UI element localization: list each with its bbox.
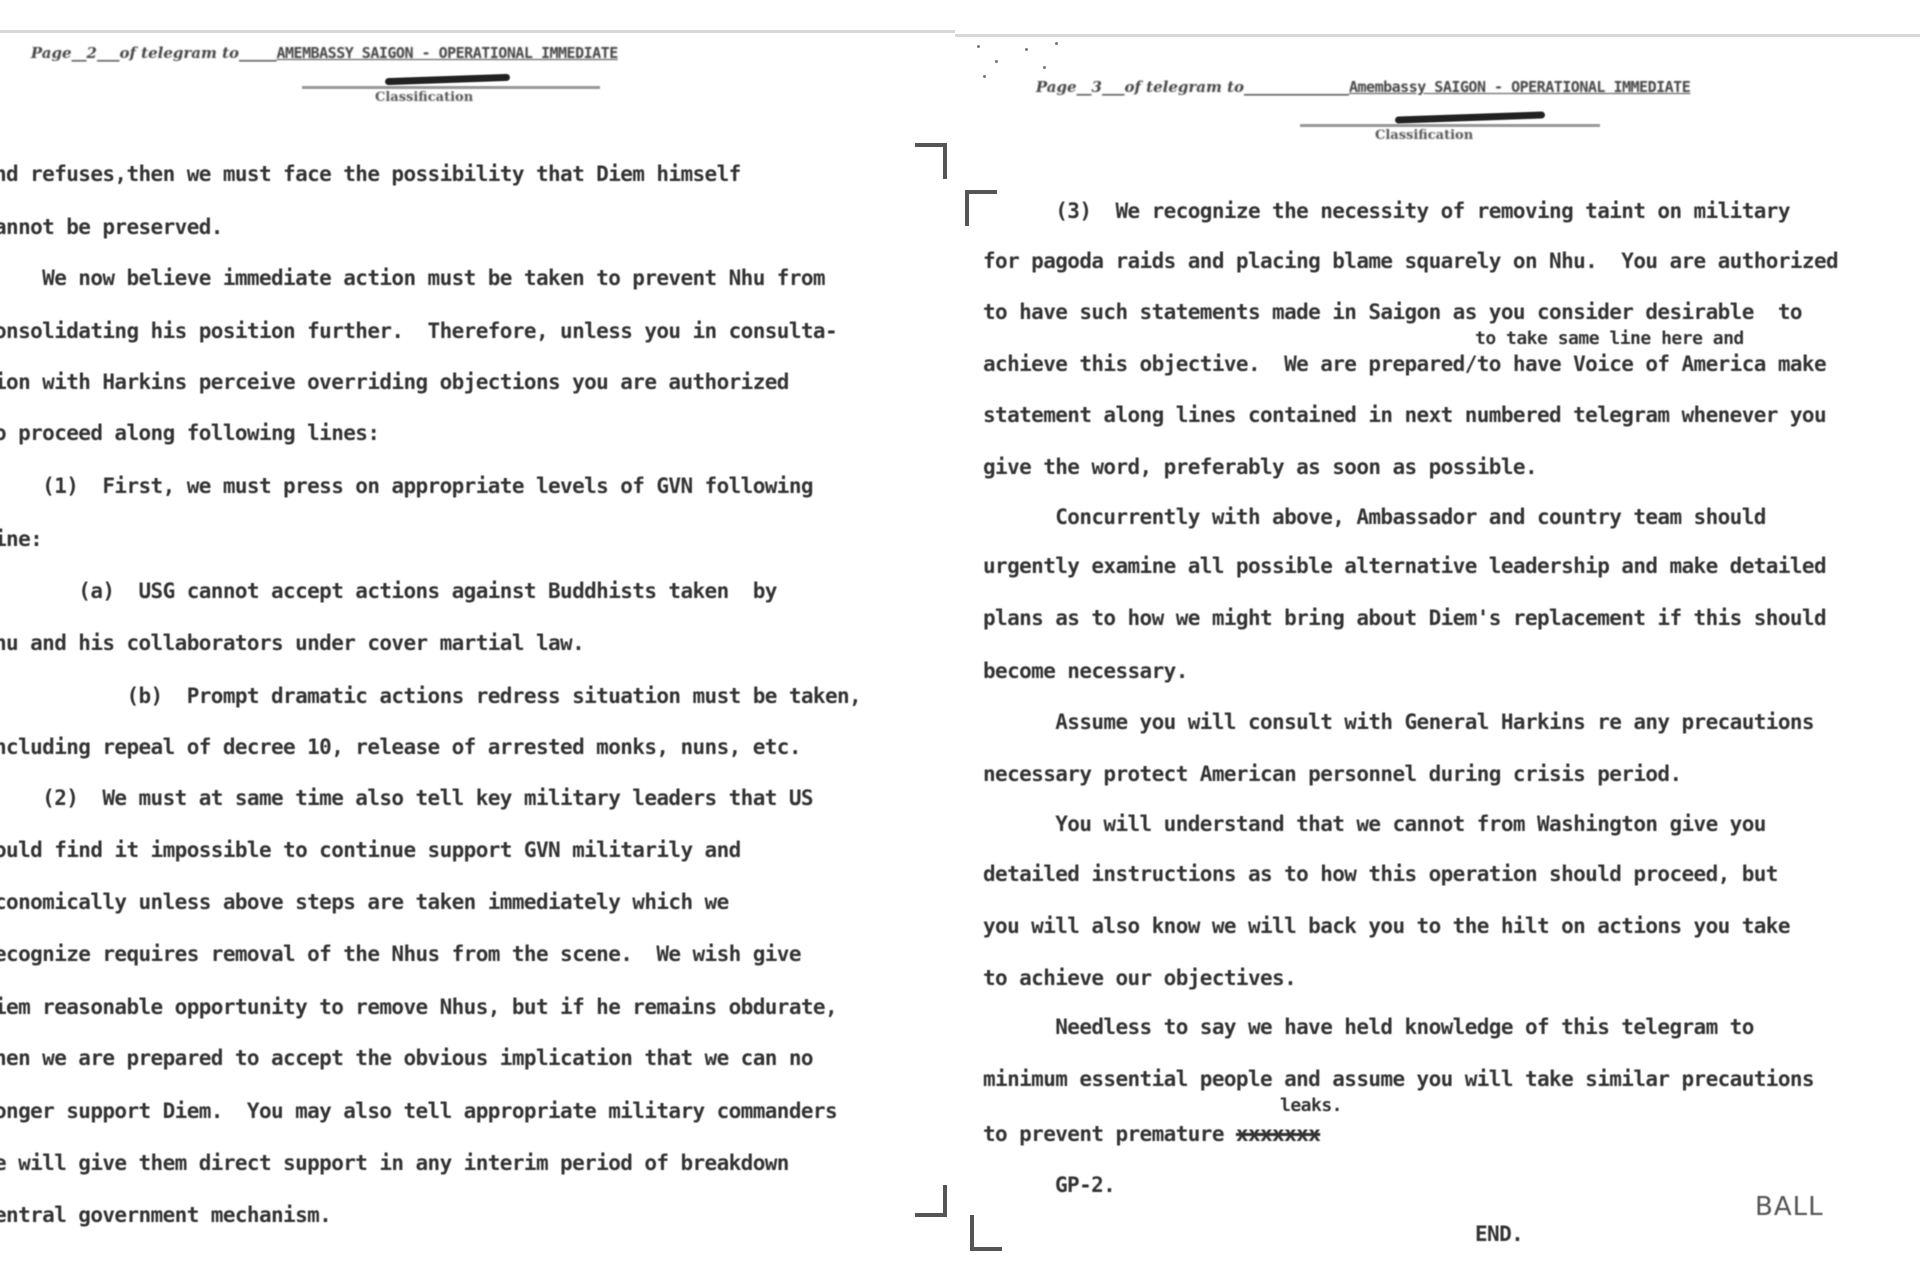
page-label: Page: [31, 44, 72, 62]
body-line: (1) First, we must press on appropriate …: [0, 474, 813, 498]
body-line: become necessary.: [983, 659, 1188, 683]
page-number: 2: [87, 44, 97, 62]
telegram-page-2: Page__2___of telegram to_____AMEMBASSY S…: [0, 0, 955, 1280]
page-label: Page: [1036, 78, 1077, 96]
body-line: You will understand that we cannot from …: [983, 812, 1766, 836]
body-line: iem reasonable opportunity to remove Nhu…: [0, 995, 837, 1019]
body-line: statement along lines contained in next …: [983, 403, 1826, 427]
handwritten-insertion: to take same line here and: [1475, 328, 1744, 349]
body-line: ion with Harkins perceive overriding obj…: [0, 370, 789, 394]
body-line: give the word, preferably as soon as pos…: [983, 455, 1537, 479]
body-line: (2) We must at same time also tell key m…: [0, 786, 813, 810]
body-line: urgently examine all possible alternativ…: [983, 554, 1826, 578]
body-line: entral government mechanism.: [0, 1203, 331, 1227]
body-line: ncluding repeal of decree 10, release of…: [0, 735, 801, 759]
signature: BALL: [1755, 1192, 1824, 1222]
body-line: e will give them direct support in any i…: [0, 1151, 789, 1175]
telegram-recipient: AMEMBASSY SAIGON - OPERATIONAL IMMEDIATE: [277, 44, 618, 62]
body-line: o proceed along following lines:: [0, 421, 379, 445]
body-line: to have such statements made in Saigon a…: [983, 300, 1802, 324]
body-line: onger support Diem. You may also tell ap…: [0, 1099, 837, 1123]
body-line: minimum essential people and assume you …: [983, 1067, 1814, 1091]
body-line: ine:: [0, 527, 42, 551]
classification-label: Classification: [375, 90, 473, 105]
body-line: to achieve our objectives.: [983, 966, 1296, 990]
body-line: hu and his collaborators under cover mar…: [0, 631, 584, 655]
body-line: (b) Prompt dramatic actions redress situ…: [0, 684, 861, 708]
gp-code: GP-2.: [1055, 1173, 1115, 1197]
body-line: Concurrently with above, Ambassador and …: [983, 505, 1766, 529]
crop-mark-top-right: [915, 143, 947, 179]
body-line: (3) We recognize the necessity of removi…: [983, 199, 1790, 223]
body-line: onsolidating his position further. There…: [0, 319, 837, 343]
body-line: necessary protect American personnel dur…: [983, 762, 1682, 786]
classification-rule: [302, 86, 600, 89]
body-line: (a) USG cannot accept actions against Bu…: [0, 579, 777, 603]
body-line: Assume you will consult with General Har…: [983, 710, 1814, 734]
page-header: Page__3___of telegram to______________Am…: [1015, 60, 1690, 114]
classification-label: Classification: [1375, 128, 1473, 143]
body-line: hen we are prepared to accept the obviou…: [0, 1046, 813, 1070]
body-line: ould find it impossible to continue supp…: [0, 838, 741, 862]
telegram-recipient: Amembassy SAIGON - OPERATIONAL IMMEDIATE: [1349, 78, 1690, 96]
page-top-edge: [955, 34, 1920, 37]
body-line: conomically unless above steps are taken…: [0, 890, 729, 914]
body-line: you will also know we will back you to t…: [983, 914, 1790, 938]
classification-rule: [1300, 124, 1600, 127]
insertion-leaks: leaks.: [1280, 1095, 1342, 1116]
body-line: to prevent premature xxxxxxx: [983, 1122, 1320, 1146]
body-line: ecognize requires removal of the Nhus fr…: [0, 942, 801, 966]
body-line: Needless to say we have held knowledge o…: [983, 1015, 1754, 1039]
crop-mark-bottom-left: [970, 1215, 1002, 1251]
page-number: 3: [1092, 78, 1102, 96]
crop-mark-bottom-right: [915, 1185, 947, 1217]
telegram-page-3: Page__3___of telegram to______________Am…: [955, 0, 1920, 1280]
body-line: detailed instructions as to how this ope…: [983, 862, 1778, 886]
page-header: Page__2___of telegram to_____AMEMBASSY S…: [10, 26, 618, 80]
body-line: annot be preserved.: [0, 215, 223, 239]
body-line: We now believe immediate action must be …: [0, 266, 825, 290]
body-line: achieve this objective. We are prepared/…: [983, 352, 1826, 376]
body-line: plans as to how we might bring about Die…: [983, 606, 1826, 630]
end-marker: END.: [1475, 1222, 1523, 1246]
of-telegram-label: of telegram to: [1124, 78, 1244, 96]
struck-word: xxxxxxx: [1236, 1122, 1320, 1146]
of-telegram-label: of telegram to: [119, 44, 239, 62]
body-line: nd refuses,then we must face the possibi…: [0, 162, 741, 186]
body-line: for pagoda raids and placing blame squar…: [983, 249, 1838, 273]
